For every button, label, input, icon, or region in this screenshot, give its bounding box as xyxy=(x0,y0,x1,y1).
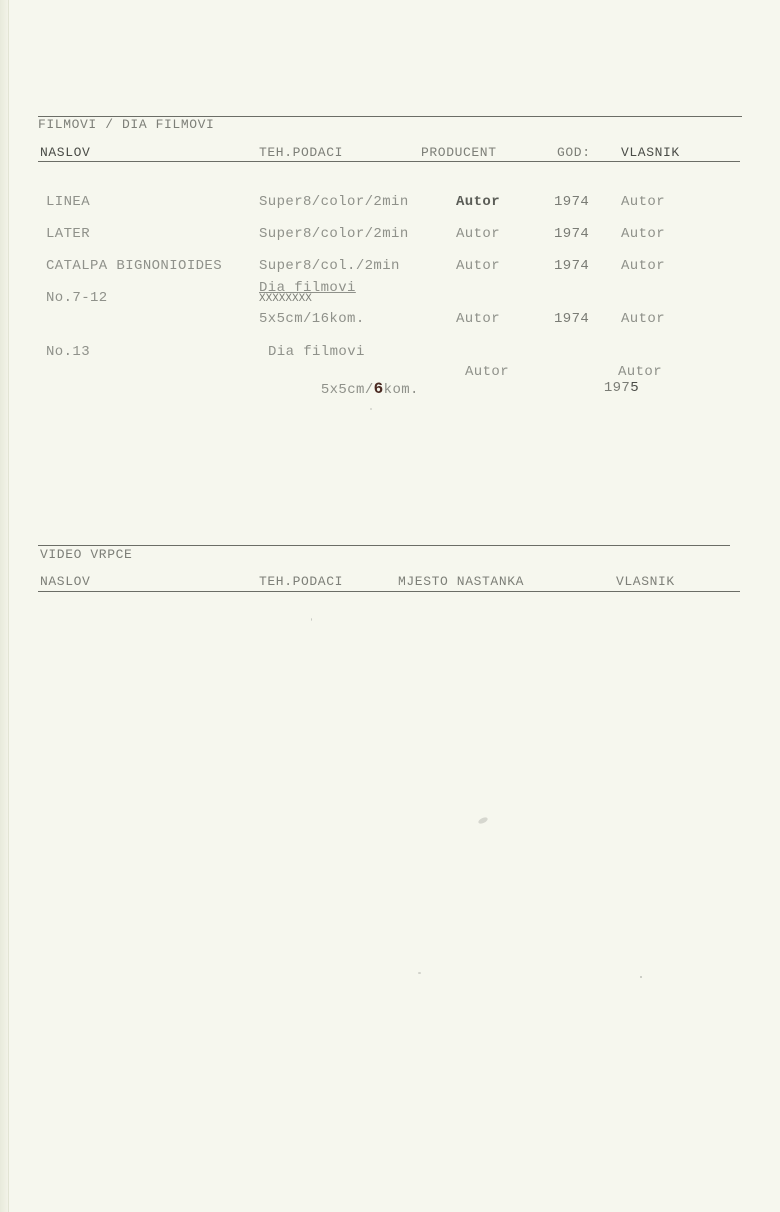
cell-vlasnik: Autor xyxy=(618,364,662,380)
cell-producent: Autor xyxy=(456,226,500,242)
col-header-mjesto-nastanka: MJESTO NASTANKA xyxy=(398,574,524,589)
cell-naslov: LATER xyxy=(46,226,90,242)
video-section-title: VIDEO VRPCE xyxy=(40,547,132,562)
col-header-teh-podaci: TEH.PODACI xyxy=(259,145,343,160)
video-top-rule xyxy=(38,545,730,546)
cell-naslov: No.7-12 xyxy=(46,290,108,306)
paper-speck xyxy=(640,976,642,978)
cell-teh-podaci: Super8/color/2min xyxy=(259,226,409,242)
col-header-vlasnik: VLASNIK xyxy=(616,574,675,589)
cell-producent: Autor xyxy=(465,364,509,380)
paper-speck xyxy=(477,816,488,825)
cell-naslov: LINEA xyxy=(46,194,90,210)
god-prefix: 197 xyxy=(604,380,630,396)
col-header-producent: PRODUCENT xyxy=(421,145,497,160)
col-header-vlasnik: VLASNIK xyxy=(621,145,680,160)
god-corrected-digit: 5 xyxy=(630,380,639,396)
cell-teh-podaci-line1: Dia filmovi xyxy=(268,344,365,360)
films-section-title: FILMOVI / DIA FILMOVI xyxy=(38,117,214,132)
cell-producent: Autor xyxy=(456,258,500,274)
col-header-god: GOD: xyxy=(557,145,591,160)
cell-teh-podaci-line2: 5x5cm/6kom. xyxy=(268,364,419,414)
paper-speck xyxy=(370,408,372,410)
cell-vlasnik: Autor xyxy=(621,258,665,274)
col-header-teh-podaci: TEH.PODACI xyxy=(259,574,343,589)
cell-god: 1974 xyxy=(554,194,589,210)
cell-god: 1974 xyxy=(554,258,589,274)
paper-speck xyxy=(311,618,312,621)
line2-suffix: kom. xyxy=(384,382,419,398)
cell-teh-podaci: Super8/color/2min xyxy=(259,194,409,210)
cell-teh-podaci: Super8/col./2min xyxy=(259,258,400,274)
cell-producent: Autor xyxy=(456,194,500,210)
col-header-naslov: NASLOV xyxy=(40,574,90,589)
cell-god: 1974 xyxy=(554,311,589,327)
col-header-naslov: NASLOV xyxy=(40,145,90,160)
cell-naslov: No.13 xyxy=(46,344,90,360)
cell-naslov: CATALPA BIGNONIOIDES xyxy=(46,258,222,274)
handwritten-correction: 6 xyxy=(374,380,384,398)
cell-vlasnik: Autor xyxy=(621,311,665,327)
line2-prefix: 5x5cm/ xyxy=(321,382,374,398)
paper-speck xyxy=(418,972,421,974)
page-edge xyxy=(0,0,9,1212)
cell-teh-podaci-line2: 5x5cm/16kom. xyxy=(259,311,365,327)
cell-teh-podaci-struck: XXXXXXXX xyxy=(259,294,312,304)
cell-god: 1974 xyxy=(554,226,589,242)
video-header-rule xyxy=(38,591,740,592)
cell-vlasnik: Autor xyxy=(621,226,665,242)
films-header-rule xyxy=(38,161,740,162)
cell-vlasnik: Autor xyxy=(621,194,665,210)
cell-producent: Autor xyxy=(456,311,500,327)
